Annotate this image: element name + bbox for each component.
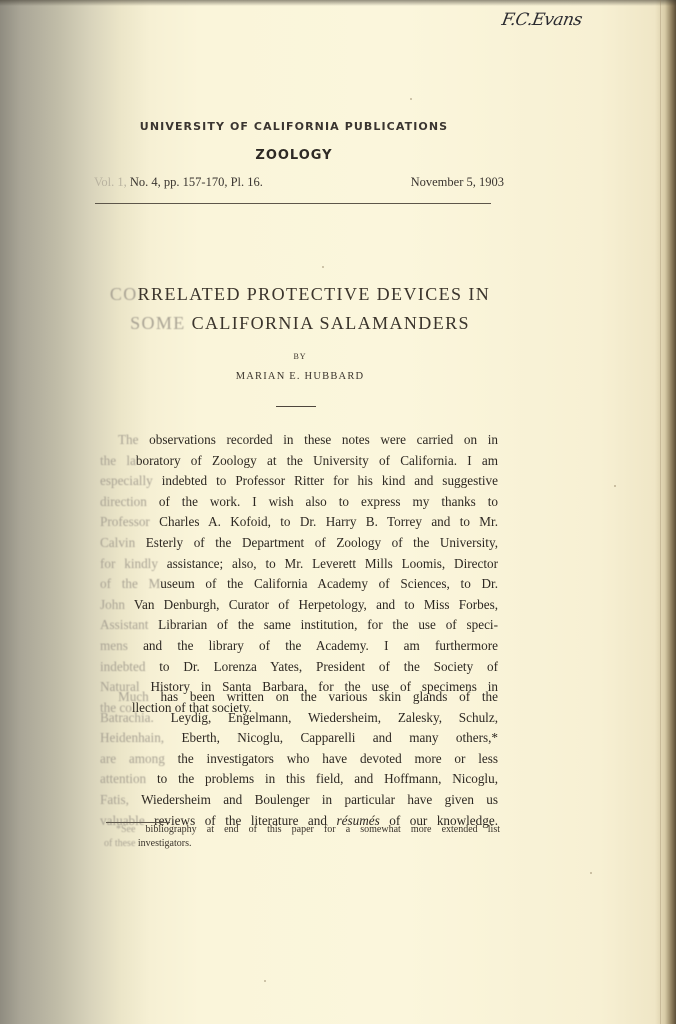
paper-speck (590, 872, 592, 874)
scanned-page: F.C.Evans UNIVERSITY OF CALIFORNIA PUBLI… (0, 0, 676, 1024)
text-line: for kindly assistance; also, to Mr. Leve… (100, 554, 498, 575)
title-text: RRELATED PROTECTIVE DEVICES IN (138, 284, 490, 304)
text-line: Assistant Librarian of the same institut… (100, 615, 498, 636)
text-line: Professor Charles A. Kofoid, to Dr. Harr… (100, 512, 498, 533)
page-top-shadow (0, 0, 676, 6)
text-line: indebted to Dr. Lorenza Yates, President… (100, 657, 498, 678)
text-line: Heidenhain, Eberth, Nicoglu, Capparelli … (100, 728, 498, 749)
text-line: of the Museum of the California Academy … (100, 574, 498, 595)
publication-date: November 5, 1903 (411, 175, 504, 190)
paper-speck (410, 98, 412, 100)
handwritten-signature: F.C.Evans (500, 10, 583, 30)
text-line: attention to the problems in this field,… (100, 769, 498, 790)
subject-heading: ZOOLOGY (0, 148, 588, 163)
text-line: especially indebted to Professor Ritter … (100, 471, 498, 492)
header-divider (95, 203, 491, 204)
paper-speck (322, 266, 324, 268)
text-line: mens and the library of the Academy. I a… (100, 636, 498, 657)
title-text: CALIFORNIA SALAMANDERS (186, 313, 470, 333)
volume-citation: Vol. 1, No. 4, pp. 157-170, Pl. 16. (94, 175, 263, 190)
text-line: Much has been written on the various ski… (100, 687, 498, 708)
paragraph-skin-glands: Much has been written on the various ski… (100, 687, 498, 831)
title-line-1: CORRELATED PROTECTIVE DEVICES IN (0, 284, 600, 305)
paper-speck (614, 485, 616, 487)
text-line: John Van Denburgh, Curator of Herpetolog… (100, 595, 498, 616)
citation-faded: Vol. 1, (94, 175, 127, 189)
text-line: direction of the work. I wish also to ex… (100, 492, 498, 513)
author-name: MARIAN E. HUBBARD (0, 371, 600, 382)
paragraph-acknowledgements: The observations recorded in these notes… (100, 430, 498, 718)
text-line: Fatis, Wiedersheim and Boulenger in part… (100, 790, 498, 811)
text-line: The observations recorded in these notes… (100, 430, 498, 451)
title-faded: CO (110, 284, 138, 304)
author-divider (276, 406, 316, 407)
paper-speck (264, 980, 266, 982)
text-line: Batrachia. Leydig, Engelmann, Wiedershei… (100, 708, 498, 729)
footnote-line: *See bibliography at end of this paper f… (104, 823, 500, 837)
text-line: Calvin Esterly of the Department of Zool… (100, 533, 498, 554)
text-line: are among the investigators who have dev… (100, 749, 498, 770)
series-heading: UNIVERSITY OF CALIFORNIA PUBLICATIONS (0, 120, 588, 133)
title-line-2: SOME CALIFORNIA SALAMANDERS (0, 313, 600, 334)
text-line: the laboratory of Zoology at the Univers… (100, 451, 498, 472)
byline: BY (0, 352, 600, 361)
footnote: *See bibliography at end of this paper f… (104, 823, 500, 851)
footnote-line: of these investigators. (104, 837, 500, 851)
page-edge-line (660, 0, 661, 1024)
citation-text: No. 4, pp. 157-170, Pl. 16. (130, 175, 263, 189)
title-faded: SOME (130, 313, 186, 333)
